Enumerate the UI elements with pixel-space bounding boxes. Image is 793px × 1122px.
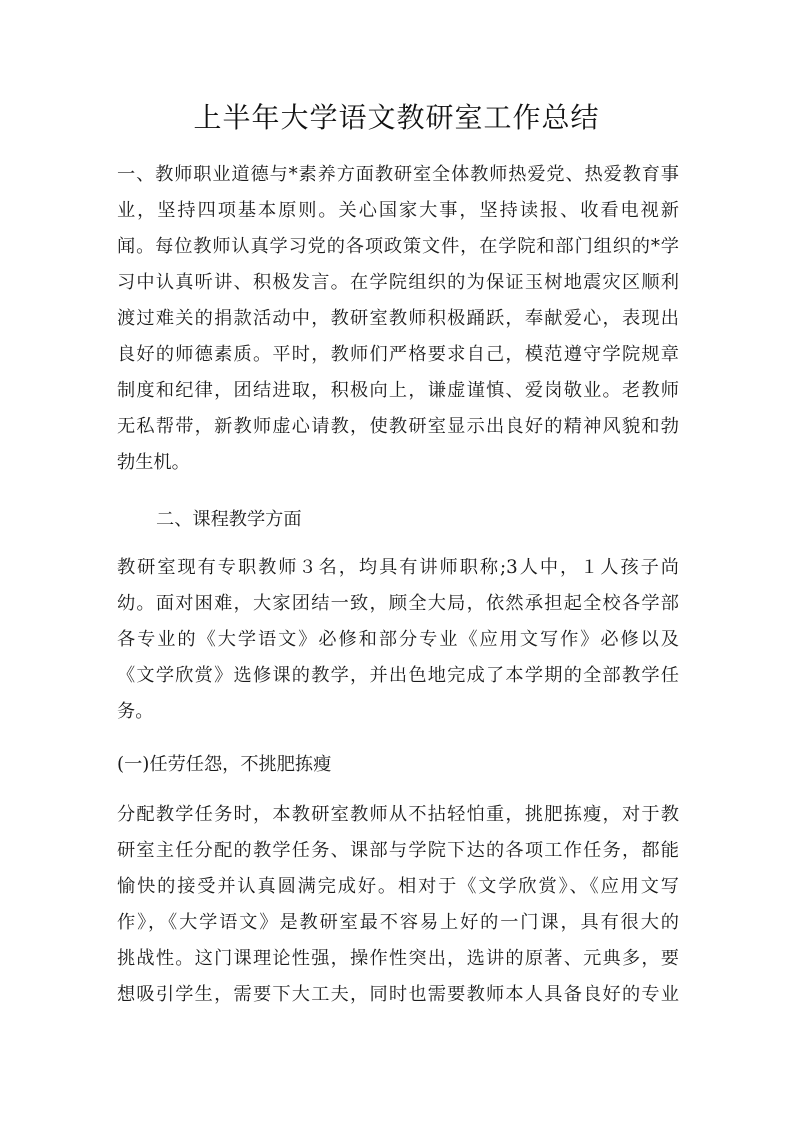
- paragraph-line: 闻。每位教师认真学习党的各项政策文件，在学院和部门组织的*学: [117, 235, 679, 259]
- paragraph-line: 研室主任分配的教学任务、课部与学院下达的各项工作任务，都能: [117, 839, 679, 863]
- paragraph-line: 勃生机。: [117, 451, 679, 475]
- paragraph-line: 制度和纪律，团结进取，积极向上，谦虚谨慎、爱岗敬业。老教师: [117, 379, 679, 403]
- paragraph-line: 分配教学任务时，本教研室教师从不拈轻怕重，挑肥拣瘦，对于教: [117, 803, 679, 827]
- paragraph-line: 《文学欣赏》选修课的教学，并出色地完成了本学期的全部教学任: [117, 664, 679, 688]
- paragraph-line: 幼。面对困难，大家团结一致，顾全大局，依然承担起全校各学部: [117, 592, 679, 616]
- paragraph-line: 教研室现有专职教师３名，均具有讲师职称;3人中，１人孩子尚: [117, 556, 679, 580]
- paragraph-line: 作》，《大学语文》是教研室最不容易上好的一门课，具有很大的: [117, 911, 679, 935]
- paragraph-line: 务。: [117, 700, 679, 724]
- paragraph-line: 一、教师职业道德与*素养方面教研室全体教师热爱党、热爱教育事: [117, 163, 679, 187]
- paragraph-line: 挑战性。这门课理论性强，操作性突出，选讲的原著、元典多，要: [117, 947, 679, 971]
- paragraph-line: 业，坚持四项基本原则。关心国家大事，坚持读报、收看电视新: [117, 199, 679, 223]
- paragraph-line: 愉快的接受并认真圆满完成好。相对于《文学欣赏》、《应用文写: [117, 875, 679, 899]
- paragraph-line: 各专业的《大学语文》必修和部分专业《应用文写作》必修以及: [117, 628, 679, 652]
- document-title: 上半年大学语文教研室工作总结: [0, 98, 793, 138]
- document-page: 上半年大学语文教研室工作总结 一、教师职业道德与*素养方面教研室全体教师热爱党、…: [0, 0, 793, 1122]
- paragraph-line: 无私帮带，新教师虚心请教，使教研室显示出良好的精神风貌和勃: [117, 415, 679, 439]
- paragraph-line: 想吸引学生，需要下大工夫，同时也需要教师本人具备良好的专业: [117, 983, 679, 1007]
- subsection-1-heading: (一)任劳任怨，不挑肥拣瘦: [117, 753, 679, 777]
- section-2-heading: 二、课程教学方面: [156, 508, 718, 532]
- paragraph-line: 习中认真听讲、积极发言。在学院组织的为保证玉树地震灾区顺利: [117, 271, 679, 295]
- paragraph-line: 渡过难关的捐款活动中，教研室教师积极踊跃，奉献爱心，表现出: [117, 307, 679, 331]
- paragraph-line: 良好的师德素质。平时，教师们严格要求自己，模范遵守学院规章: [117, 343, 679, 367]
